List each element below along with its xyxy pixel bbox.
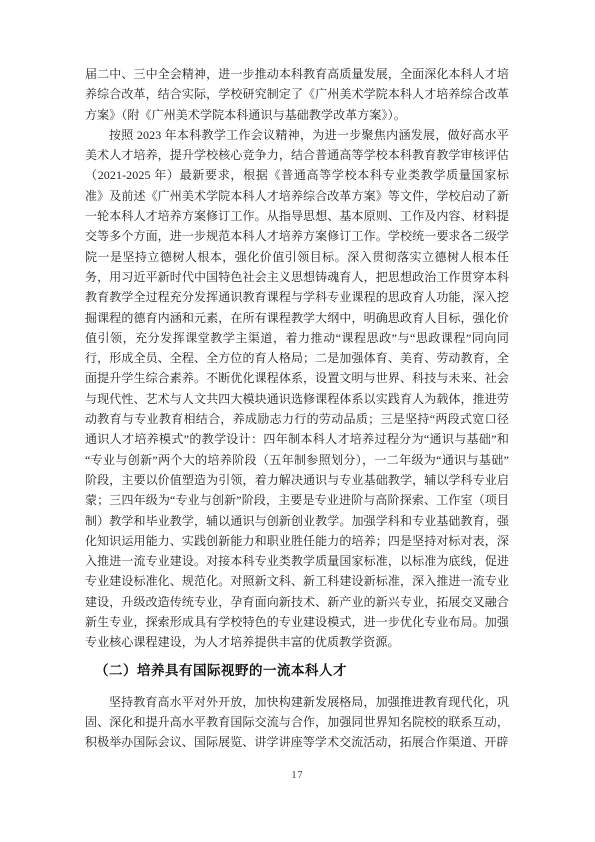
document-page: 届二中、三中全会精神，进一步推动本科教育高质量发展，全面深化本科人才培养综合改革… <box>0 0 595 842</box>
page-number: 17 <box>0 770 595 781</box>
section-heading-international-talent: （二）培养具有国际视野的一流本科人才 <box>85 661 509 681</box>
paragraph-international-vision: 坚持教育高水平对外开放，加快构建新发展格局，加强推进教育现代化，巩固、深化和提升… <box>85 692 509 753</box>
paragraph-continuation: 届二中、三中全会精神，进一步推动本科教育高质量发展，全面深化本科人才培养综合改革… <box>85 64 509 125</box>
document-body: 届二中、三中全会精神，进一步推动本科教育高质量发展，全面深化本科人才培养综合改革… <box>85 64 509 753</box>
paragraph-training-plan-revision: 按照 2023 年本科教学工作会议精神，为进一步聚焦内涵发展，做好高水平美术人才… <box>85 125 509 653</box>
